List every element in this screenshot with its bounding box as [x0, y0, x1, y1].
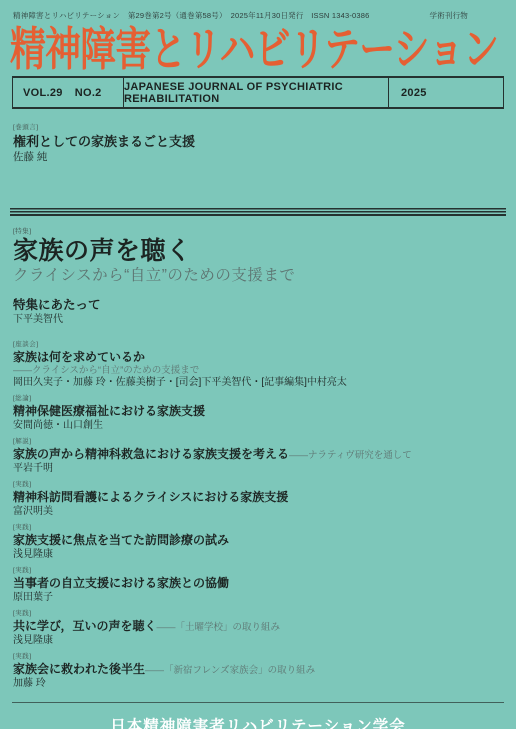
feature-header: [特集] 家族の声を聴く クライシスから“自立”のための支援まで	[13, 227, 516, 284]
feature-intro-title: 特集にあたって	[13, 299, 516, 312]
article-authors: 原田葉子	[13, 592, 516, 604]
foreword-category: [巻頭言]	[13, 123, 516, 133]
journal-name-en: JAPANESE JOURNAL OF PSYCHIATRIC REHABILI…	[124, 81, 388, 105]
article-title-text: 精神科訪問看護によるクライシスにおける家族支援	[13, 490, 288, 504]
journal-info-line: 精神障害とリハビリテーション 第29巻第2号（通巻第58号） 2025年11月3…	[13, 10, 370, 21]
year-label: 2025	[401, 87, 427, 99]
article-authors: 安間尚徳・山口創生	[13, 420, 516, 432]
article-category: [実践]	[13, 480, 516, 490]
article-item: [実践] 家族会に救われた後半生——「新宿フレンズ家族会」の取り組み 加藤 玲	[13, 652, 516, 690]
article-title-text: 家族会に救われた後半生	[13, 662, 145, 676]
topbar: 精神障害とリハビリテーション 第29巻第2号（通巻第58号） 2025年11月3…	[0, 0, 516, 21]
article-subtitle: ——クライシスから“自立”のための支援まで	[13, 365, 516, 376]
article-item: [実践] 当事者の自立支援における家族との協働 原田葉子	[13, 566, 516, 604]
article-item: [座談会] 家族は何を求めているか ——クライシスから“自立”のための支援まで …	[13, 340, 516, 389]
volume-cell: VOL.29 NO.2	[12, 78, 123, 107]
number-label: NO.2	[75, 87, 102, 99]
article-title-suffix: ——ナラティヴ研究を通して	[289, 450, 412, 461]
article-category: [座談会]	[13, 340, 516, 350]
article-list: [座談会] 家族は何を求めているか ——クライシスから“自立”のための支援まで …	[13, 340, 516, 690]
article-title-suffix: ——「新宿フレンズ家族会」の取り組み	[145, 665, 315, 676]
article-title: 共に学び，互いの声を聴く——「土曜学校」の取り組み	[13, 620, 516, 634]
journal-name-en-cell: JAPANESE JOURNAL OF PSYCHIATRIC REHABILI…	[123, 78, 388, 107]
section-divider-stripes	[10, 208, 506, 217]
article-title: 家族支援に焦点を当てた訪問診療の試み	[13, 534, 516, 548]
article-title: 家族は何を求めているか	[13, 351, 516, 365]
article-title-text: 家族の声から精神科救急における家族支援を考える	[13, 447, 289, 461]
feature-intro-author: 下平美智代	[13, 313, 516, 326]
year-cell: 2025	[388, 78, 504, 107]
article-item: [実践] 共に学び，互いの声を聴く——「土曜学校」の取り組み 浅見隆康	[13, 609, 516, 647]
feature-category: [特集]	[13, 227, 516, 237]
foreword-section: [巻頭言] 権利としての家族まるごと支援 佐藤 純	[13, 123, 516, 164]
article-title: 当事者の自立支援における家族との協働	[13, 577, 516, 591]
article-title: 家族の声から精神科救急における家族支援を考える——ナラティヴ研究を通して	[13, 448, 516, 462]
article-authors: 浅見隆康	[13, 549, 516, 561]
article-title-text: 当事者の自立支援における家族との協働	[13, 576, 229, 590]
article-category: [総論]	[13, 394, 516, 404]
foreword-title: 権利としての家族まるごと支援	[13, 134, 516, 149]
article-item: [総論] 精神保健医療福祉における家族支援 安間尚徳・山口創生	[13, 394, 516, 432]
foreword-author: 佐藤 純	[13, 150, 516, 164]
article-title-text: 家族支援に焦点を当てた訪問診療の試み	[13, 533, 229, 547]
article-authors: 浅見隆康	[13, 635, 516, 647]
article-title-text: 精神保健医療福祉における家族支援	[13, 404, 205, 418]
publication-type-label: 学術刊行物	[430, 10, 469, 21]
article-category: [実践]	[13, 652, 516, 662]
feature-intro: 特集にあたって 下平美智代	[13, 299, 516, 326]
article-title: 精神科訪問看護によるクライシスにおける家族支援	[13, 491, 516, 505]
volume-row: VOL.29 NO.2 JAPANESE JOURNAL OF PSYCHIAT…	[12, 78, 504, 109]
article-category: [実践]	[13, 566, 516, 576]
journal-title: 精神障害とリハビリテーション	[10, 23, 397, 75]
article-category: [実践]	[13, 523, 516, 533]
journal-cover: 精神障害とリハビリテーション 第29巻第2号（通巻第58号） 2025年11月3…	[0, 0, 516, 729]
article-title-suffix: ——「土曜学校」の取り組み	[157, 622, 281, 633]
article-title: 家族会に救われた後半生——「新宿フレンズ家族会」の取り組み	[13, 663, 516, 677]
article-category: [解説]	[13, 437, 516, 447]
article-authors: 平岩千明	[13, 463, 516, 475]
article-authors: 岡田久実子・加藤 玲・佐藤美樹子・[司会]下平美智代・[記事編集]中村亮太	[13, 377, 516, 389]
article-item: [実践] 家族支援に焦点を当てた訪問診療の試み 浅見隆康	[13, 523, 516, 561]
article-title: 精神保健医療福祉における家族支援	[13, 405, 516, 419]
footer-rule	[12, 702, 504, 703]
article-title-text: 共に学び，互いの声を聴く	[13, 619, 157, 633]
article-item: [実践] 精神科訪問看護によるクライシスにおける家族支援 富沢明美	[13, 480, 516, 518]
article-authors: 富沢明美	[13, 506, 516, 518]
masthead: 精神障害とリハビリテーション	[0, 21, 516, 75]
society-name: 日本精神障害者リハビリテーション学会	[0, 714, 516, 729]
feature-title: 家族の声を聴く	[13, 238, 516, 265]
feature-subtitle: クライシスから“自立”のための支援まで	[13, 267, 516, 284]
article-item: [解説] 家族の声から精神科救急における家族支援を考える——ナラティヴ研究を通し…	[13, 437, 516, 475]
article-category: [実践]	[13, 609, 516, 619]
volume-label: VOL.29	[23, 87, 63, 99]
article-authors: 加藤 玲	[13, 678, 516, 690]
article-title-text: 家族は何を求めているか	[13, 350, 145, 364]
